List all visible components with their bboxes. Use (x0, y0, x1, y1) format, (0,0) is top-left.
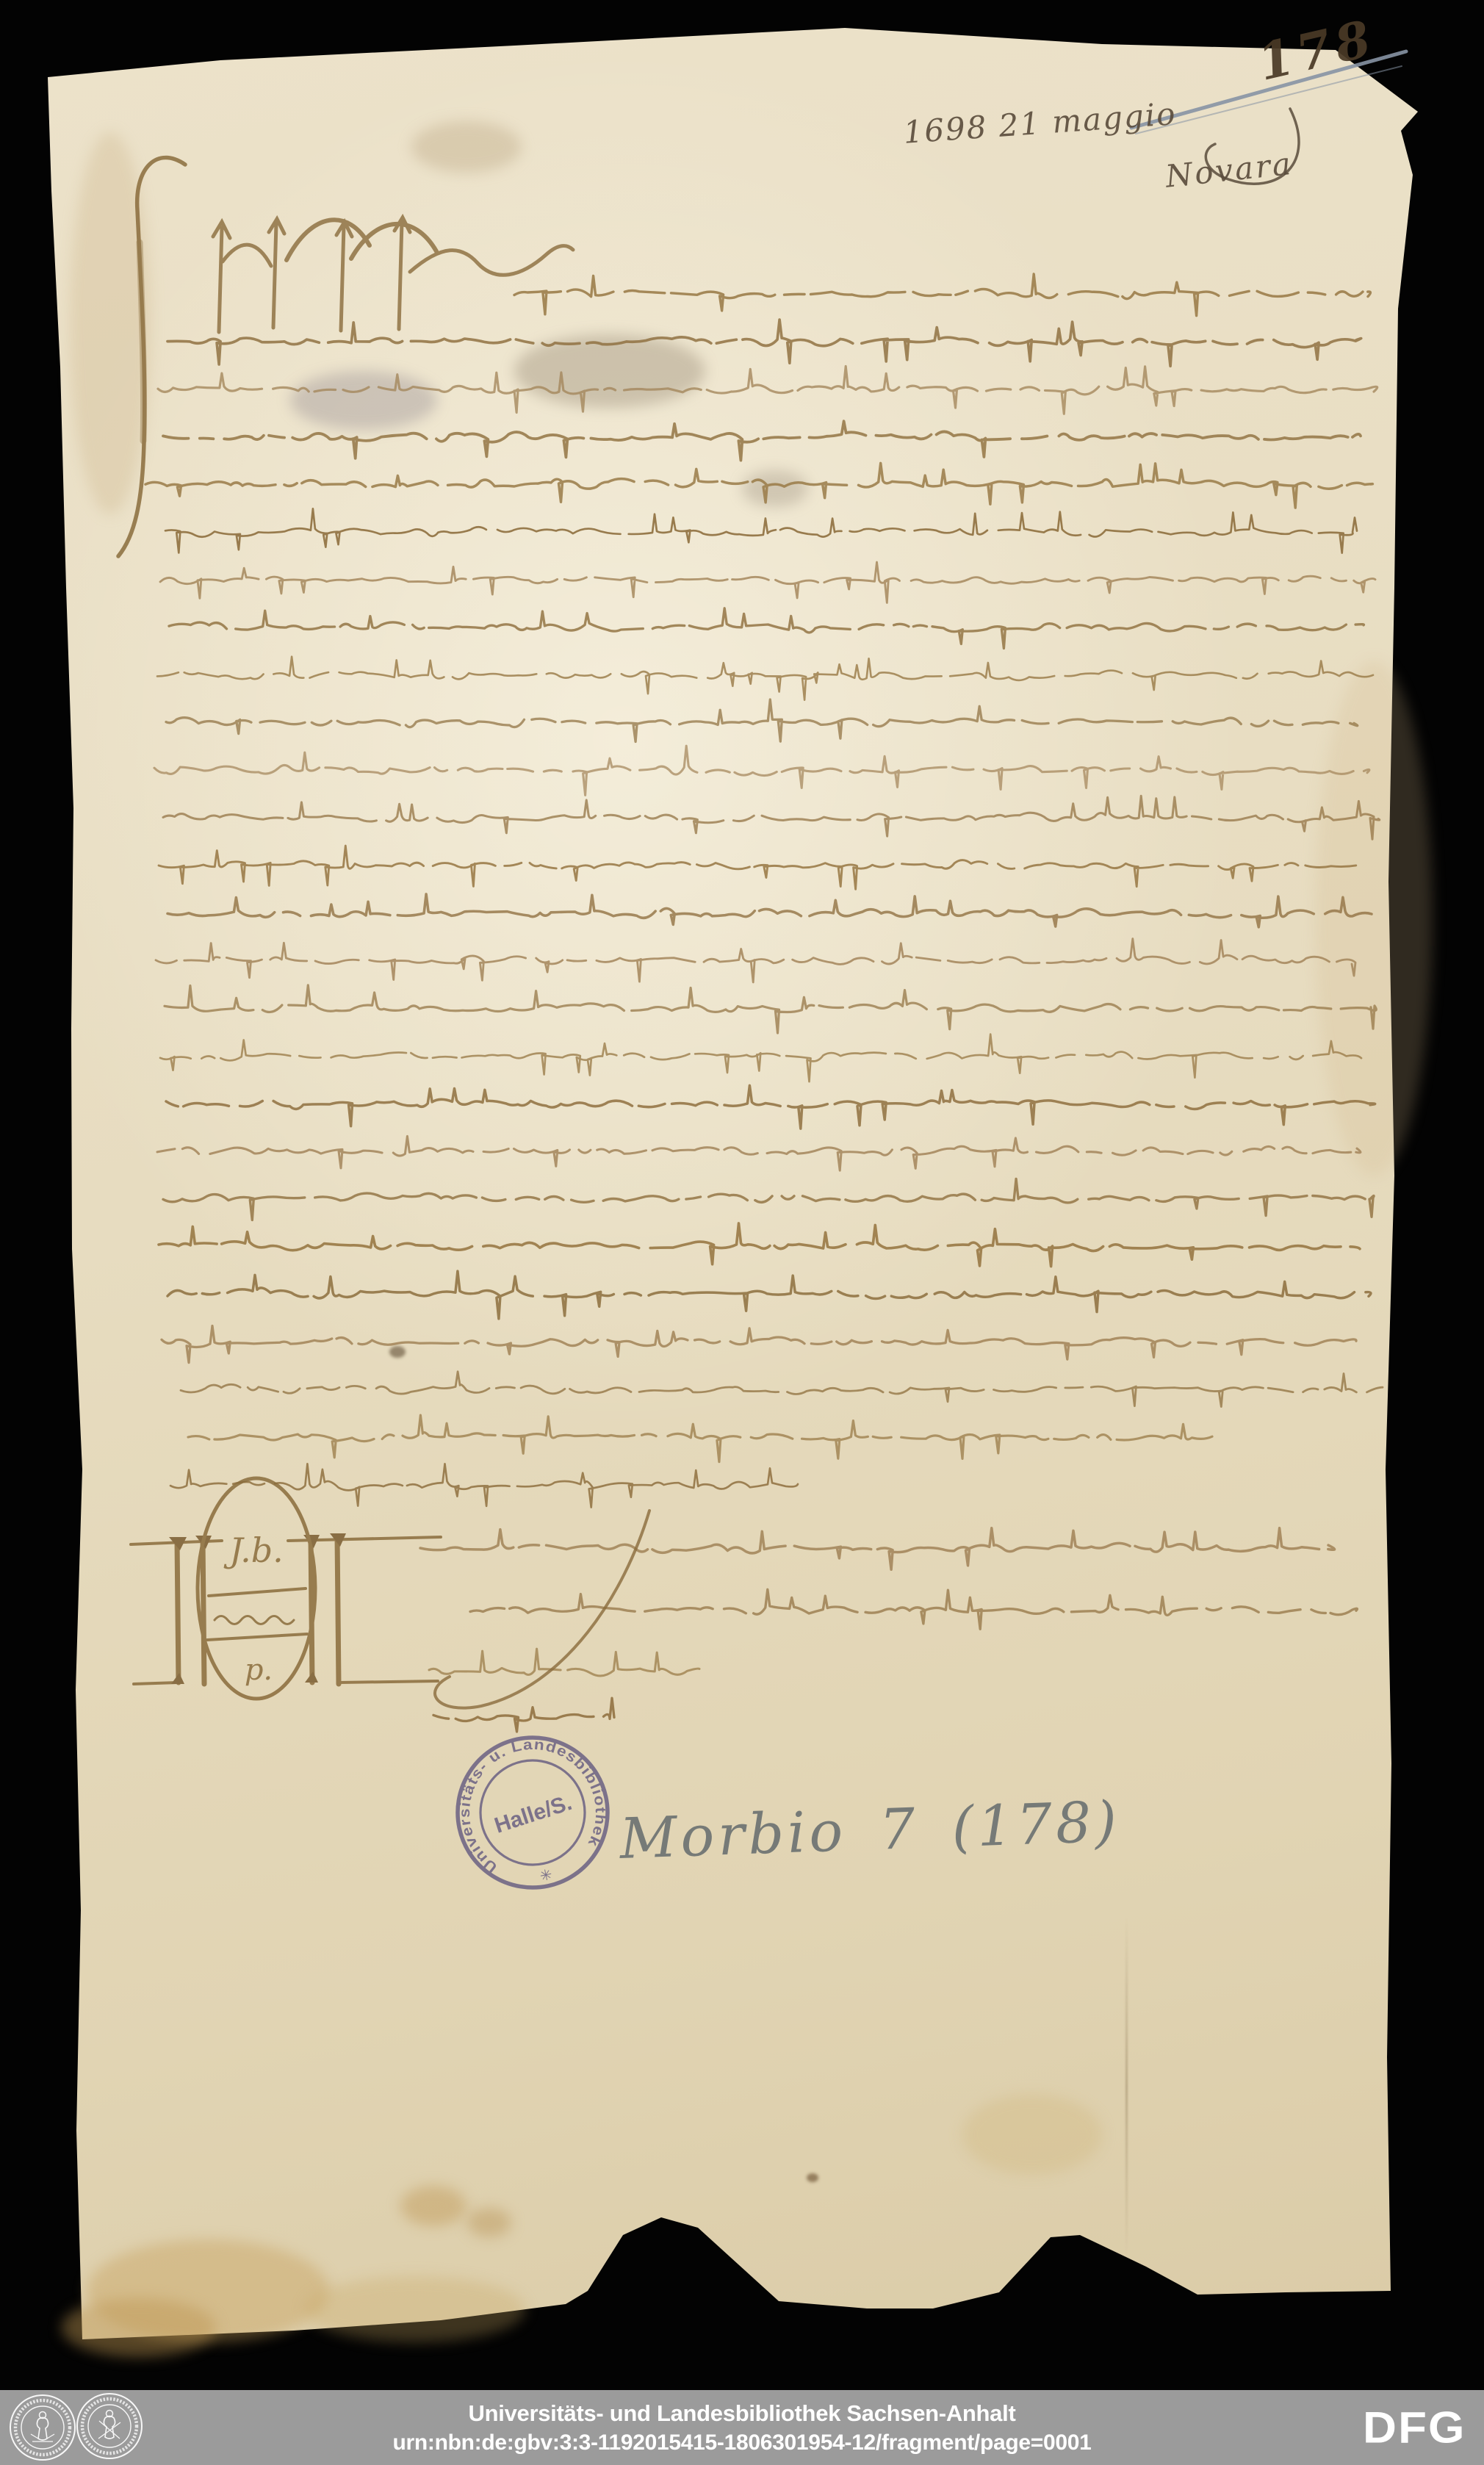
script-line (420, 1528, 1335, 1570)
script-line (158, 367, 1377, 414)
notary-initials: J.b. (223, 1530, 284, 1570)
script-line (145, 463, 1372, 508)
script-line (188, 1415, 1218, 1462)
notary-bottom-initial: p. (245, 1653, 273, 1687)
opening-initial-flourish (118, 158, 185, 556)
university-seal-wittenberg-icon (77, 2394, 142, 2458)
script-line (181, 1372, 1393, 1407)
script-line (514, 274, 1370, 316)
script-line (166, 1085, 1375, 1129)
notary-signum: J.b. p. (131, 1478, 441, 1699)
script-line (154, 746, 1369, 795)
script-line (429, 1649, 699, 1676)
library-stamp: Universitäts- u. Landesbibliothek Halle/… (424, 1704, 642, 1922)
script-line (156, 939, 1355, 982)
script-line (169, 608, 1372, 649)
dfg-logo: DFG (1363, 2403, 1466, 2453)
stamp-center-text: Halle/S. (491, 1791, 574, 1838)
metadata-footer-bar: Universitäts- und Landesbibliothek Sachs… (0, 2390, 1484, 2465)
university-seal-halle-icon (10, 2395, 75, 2460)
script-line (159, 846, 1367, 889)
script-line (165, 508, 1357, 553)
script-line (163, 421, 1368, 460)
script-line (170, 1464, 806, 1507)
invocation-monogram (213, 217, 573, 332)
script-line (166, 699, 1364, 742)
urn-identifier: urn:nbn:de:gbv:3:3-1192015415-1806301954… (392, 2430, 1091, 2455)
university-seals (4, 2390, 151, 2465)
script-line (163, 796, 1380, 839)
script-line (160, 562, 1386, 602)
script-line (168, 1271, 1371, 1319)
script-line (168, 894, 1377, 927)
script-line (157, 1136, 1361, 1170)
stamp-star-icon: ✳ (538, 1865, 553, 1885)
script-line (163, 1178, 1374, 1220)
script-line (162, 1326, 1356, 1363)
script-line (168, 320, 1364, 366)
manuscript-ink-layer: J.b. p. (0, 0, 1484, 2465)
footer-text-block: Universitäts- und Landesbibliothek Sachs… (392, 2390, 1091, 2465)
script-line (165, 985, 1376, 1033)
script-line (159, 1223, 1360, 1267)
script-line (160, 1034, 1361, 1082)
scan-page: J.b. p. 178 1698 21 maggio Novara Morbio… (0, 0, 1484, 2465)
institution-name: Universitäts- und Landesbibliothek Sachs… (392, 2400, 1091, 2427)
script-line (157, 657, 1382, 700)
